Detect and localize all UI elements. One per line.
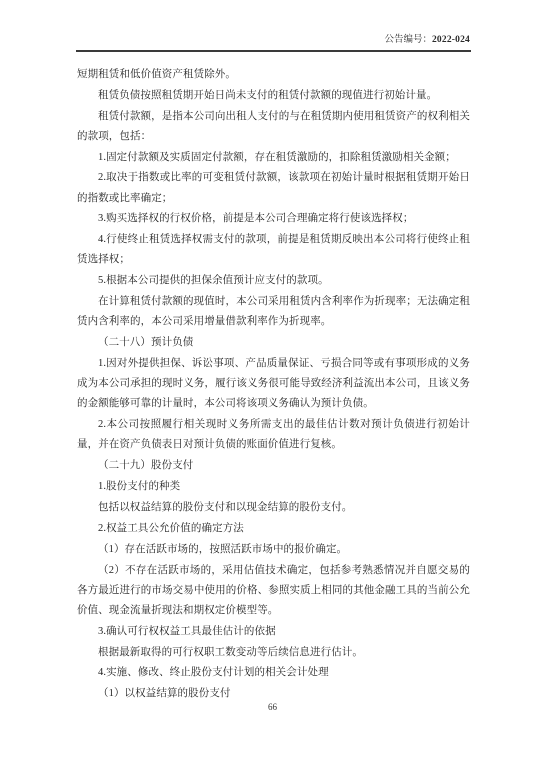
paragraph: 3.购买选择权的行权价格，前提是本公司合理确定将行使该选择权； (77, 209, 470, 229)
paragraph: 根据最新取得的可行权职工数变动等后续信息进行估计。 (77, 643, 470, 663)
page-header: 公告编号：2022-024 (77, 34, 470, 46)
announcement-number-value: 2022-024 (432, 35, 470, 45)
document-body: 短期租赁和低价值资产租赁除外。租赁负债按照租赁期开始日尚未支付的租赁付款额的现值… (77, 64, 470, 704)
paragraph: （二十八）预计负债 (77, 333, 470, 353)
paragraph: 1.固定付款额及实质固定付款额，存在租赁激励的，扣除租赁激励相关金额； (77, 148, 470, 168)
paragraph: 在计算租赁付款额的现值时，本公司采用租赁内含利率作为折现率；无法确定租赁内含利率… (77, 292, 470, 332)
paragraph: 租赁负债按照租赁期开始日尚未支付的租赁付款额的现值进行初始计量。 (77, 86, 470, 106)
document-page: 公告编号：2022-024 短期租赁和低价值资产租赁除外。租赁负债按照租赁期开始… (0, 0, 545, 771)
paragraph: 2.本公司按照履行相关现时义务所需支出的最佳估计数对预计负债进行初始计量，并在资… (77, 415, 470, 455)
paragraph: 2.权益工具公允价值的确定方法 (77, 519, 470, 539)
paragraph: （二十九）股份支付 (77, 456, 470, 476)
paragraph: 1.股份支付的种类 (77, 477, 470, 497)
paragraph: 短期租赁和低价值资产租赁除外。 (77, 65, 470, 85)
paragraph: （1）存在活跃市场的，按照活跃市场中的报价确定。 (77, 540, 470, 560)
page-number: 66 (0, 701, 545, 713)
paragraph: 4.实施、修改、终止股份支付计划的相关会计处理 (77, 663, 470, 683)
paragraph: 5.根据本公司提供的担保余值预计应支付的款项。 (77, 271, 470, 291)
announcement-number-label: 公告编号： (384, 35, 432, 45)
paragraph: 包括以权益结算的股份支付和以现金结算的股份支付。 (77, 498, 470, 518)
paragraph: 3.确认可行权权益工具最佳估计的依据 (77, 622, 470, 642)
header-divider (76, 50, 471, 52)
paragraph: 4.行使终止租赁选择权需支付的款项，前提是租赁期反映出本公司将行使终止租赁选择权… (77, 230, 470, 270)
paragraph: 租赁付款额，是指本公司向出租人支付的与在租赁期内使用租赁资产的权利相关的款项，包… (77, 107, 470, 147)
paragraph: 2.取决于指数或比率的可变租赁付款额，该款项在初始计量时根据租赁期开始日的指数或… (77, 168, 470, 208)
paragraph: （2）不存在活跃市场的，采用估值技术确定，包括参考熟悉情况并自愿交易的各方最近进… (77, 561, 470, 621)
paragraph: 1.因对外提供担保、诉讼事项、产品质量保证、亏损合同等或有事项形成的义务成为本公… (77, 354, 470, 414)
